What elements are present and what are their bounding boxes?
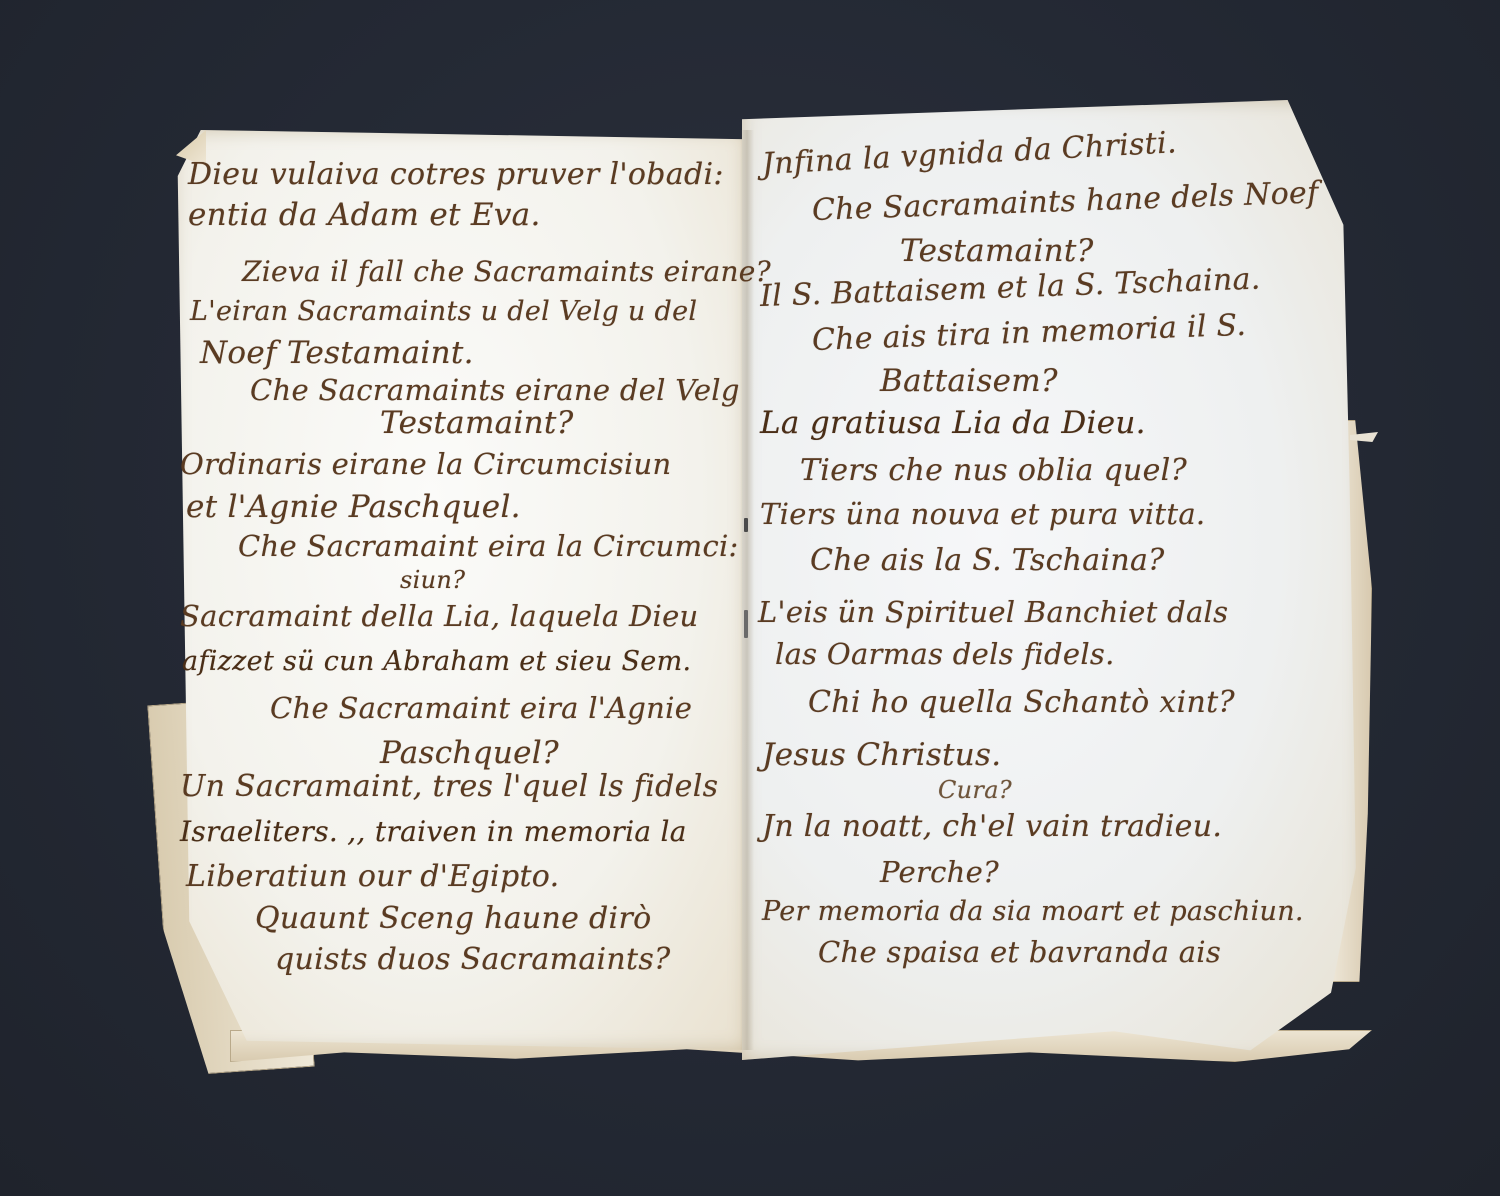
- manuscript-line: L'eiran Sacramaints u del Velg u del: [190, 298, 697, 325]
- manuscript-line: Un Sacramaint, tres l'quel ls fidels: [180, 772, 718, 802]
- manuscript-line: siun?: [400, 568, 465, 592]
- manuscript-line: quists duos Sacramaints?: [275, 945, 670, 975]
- manuscript-line: L'eis ün Spirituel Banchiet dals: [758, 598, 1228, 627]
- manuscript-line: Dieu vulaiva cotres pruver l'obadi:: [188, 160, 724, 190]
- binding-stitch: [744, 518, 748, 532]
- manuscript-line: Per memoria da sia moart et paschiun.: [762, 898, 1304, 925]
- manuscript-line: Testamaint?: [380, 408, 574, 439]
- manuscript-line: Battaisem?: [880, 366, 1058, 397]
- manuscript-line: Liberatiun our d'Egipto.: [186, 862, 559, 892]
- manuscript-line: entia da Adam et Eva.: [188, 200, 541, 231]
- manuscript-line: Che spaisa et bavranda ais: [818, 938, 1221, 967]
- manuscript-line: Che ais la S. Tschaina?: [810, 546, 1165, 576]
- manuscript-line: La gratiusa Lia da Dieu.: [760, 408, 1146, 439]
- manuscript-line: Sacramaint della Lia, laquela Dieu: [180, 602, 699, 631]
- manuscript-line: Che Sacramaint eira l'Agnie: [270, 694, 692, 723]
- manuscript-line: Chi ho quella Schantò xint?: [808, 688, 1235, 718]
- manuscript-line: et l'Agnie Paschquel.: [186, 492, 521, 523]
- manuscript-line: Che Sacramaint eira la Circumci:: [238, 532, 739, 561]
- manuscript-line: Tiers üna nouva et pura vitta.: [760, 500, 1205, 529]
- manuscript-line: Che Sacramaints eirane del Velg: [250, 376, 740, 405]
- manuscript-line: Jn la noatt, ch'el vain tradieu.: [762, 812, 1222, 842]
- manuscript-line: afizzet sü cun Abraham et sieu Sem.: [182, 648, 691, 675]
- manuscript-line: Quaunt Sceng haune dirò: [255, 904, 651, 934]
- manuscript-line: Paschquel?: [380, 738, 559, 769]
- manuscript-line: Ordinaris eirane la Circumcisiun: [180, 450, 671, 479]
- manuscript-line: Testamaint?: [900, 236, 1094, 267]
- manuscript-line: Zieva il fall che Sacramaints eirane?: [242, 258, 771, 286]
- binding-stitch: [744, 610, 748, 638]
- manuscript-line: Jesus Christus.: [762, 740, 1001, 771]
- manuscript-line: Tiers che nus oblia quel?: [800, 456, 1187, 486]
- manuscript-line: Cura?: [938, 778, 1012, 802]
- manuscript-line: Israeliters. ,, traiven in memoria la: [180, 818, 687, 846]
- manuscript-line: las Oarmas dels fidels.: [775, 640, 1115, 669]
- manuscript-line: Perche?: [880, 858, 999, 887]
- manuscript-line: Noef Testamaint.: [200, 338, 474, 369]
